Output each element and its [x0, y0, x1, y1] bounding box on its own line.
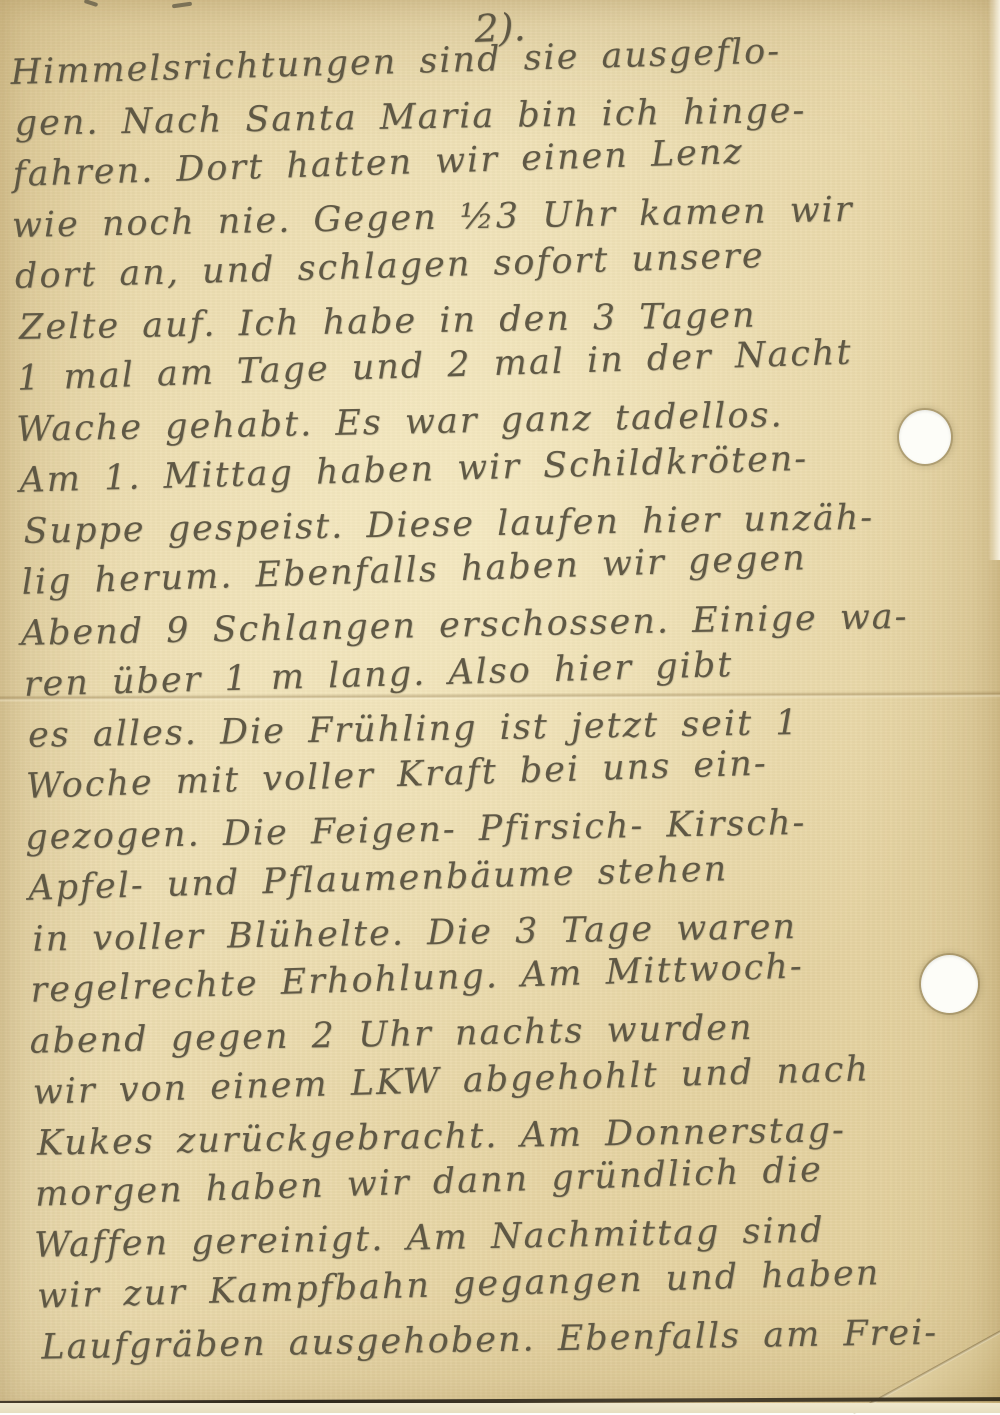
punch-hole-top [899, 410, 951, 464]
punch-hole-bottom [921, 955, 978, 1013]
pencil-smudge [84, 0, 99, 7]
letter-page: 2). Himmelsrichtungen sind sie ausgeflo-… [0, 0, 1000, 1413]
pencil-smudge [172, 2, 192, 9]
paper-right-edge [988, 0, 1000, 560]
scan-background-strip [0, 1403, 1000, 1413]
